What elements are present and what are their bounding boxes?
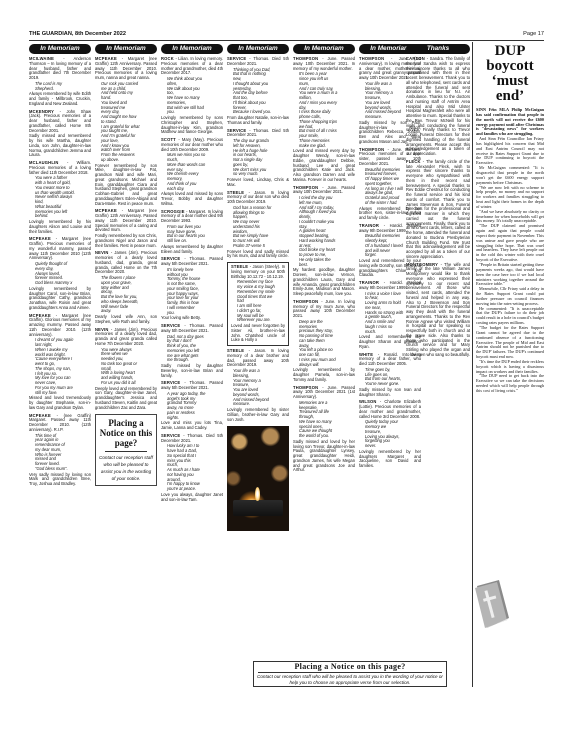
placing-notice-title: Placing a Notice on this page? <box>99 418 153 448</box>
notice-signoff: Deeply loved and remembered by son Gary,… <box>95 387 157 411</box>
notice-surname: SERVICE <box>161 380 184 385</box>
notice-signoff: From daughter Natalie, son-in-law Thomas… <box>227 116 289 126</box>
notices-list: ROCK - Lilian. In loving memory. Preciou… <box>161 57 223 502</box>
notice-text: STEELE - Jason (Steely). In loving memor… <box>231 265 285 279</box>
notice-verse: Memories are a keepsake, Treasured all l… <box>293 401 355 439</box>
notice-signoff: Your loving wife Betty. <box>161 316 223 321</box>
notice-signoff: Forever remembered by son Mike, daughter… <box>95 164 157 207</box>
notice-signoff: Fondly remembered by son Chris, grandson… <box>95 234 157 248</box>
notice-surname: MCPEAKE <box>29 313 56 318</box>
notice-surname: MCPEAKE <box>29 236 56 241</box>
notice-text: SERVICE - Thomas. Died 5th December 2021… <box>227 129 289 139</box>
notice-surname: THOMPSON <box>293 385 322 390</box>
page-header: THE GUARDIAN, 8th December 2022 Page 17 <box>29 30 544 40</box>
column-7-thanks: Thanks CARSON - Sandra. The family of th… <box>406 44 470 574</box>
section-heading-in-memoriam: In Memoriam <box>95 44 157 54</box>
notice-text: SERVICE - Thomas. Passed away 5th Decemb… <box>161 381 223 391</box>
section-heading-thanks: Thanks <box>406 44 470 54</box>
notice-verse: This time of year again in remembrance o… <box>29 434 91 472</box>
notice-entry: MONTGOMERY - The wife and family of the … <box>406 263 470 358</box>
notice-verse: Thinking of you Dad, But that is nothing… <box>227 68 289 116</box>
column-3: In Memoriam ROCK - Lilian. In loving mem… <box>161 44 223 505</box>
notices-list: MCILWAINE - Anderson Thomson – In loving… <box>29 57 91 487</box>
notice-text: THOMPSON - June. Passed away 10th Decemb… <box>293 386 355 400</box>
notice-signoff: Love you always, daughter Janet and son-… <box>161 493 223 503</box>
article-headline: DUP boycott ‘must end’ <box>476 44 544 104</box>
notice-verse: A year ago today, the angel's took my gr… <box>161 392 223 421</box>
notice-entry: SERVICE - Thomas. Died 5th December 2021… <box>161 434 223 503</box>
notice-verse: The flowers I place upon your grave, May… <box>95 276 157 314</box>
notice-text: STEELE - Jason. In loving memory of a de… <box>227 349 289 368</box>
notice-entry: NEVIN - James (Jim). Precious memories o… <box>95 328 157 411</box>
notice-entry: THOMPSON - June. Passed away 10th Decemb… <box>293 386 355 474</box>
notice-text: MCPEAKE - Margaret (nee Graffin). Glorio… <box>29 314 91 338</box>
notice-text: SERVICE - Thomas. Passed away 5th Decemb… <box>161 324 223 334</box>
notice-entry: THOMPSON - June. Passed away 10th Decemb… <box>293 186 355 297</box>
bible-cross-icon <box>473 578 511 630</box>
notices-list: THOMPSON - June. Passed away 10th Decemb… <box>293 57 355 473</box>
placing-notice-banner-title: Placing a Notice on this page? <box>254 662 446 672</box>
notice-entry: THOMPSON - June. In loving memory of my … <box>293 300 355 383</box>
notice-entry: MCILWAINE - Anderson Thomson – In loving… <box>29 57 91 107</box>
notice-surname: STEELE <box>227 348 249 353</box>
notice-signoff: Lovingly remembered by daughter Carol, s… <box>29 287 91 311</box>
notice-entry: MCLAUGHLIN - William. Precious memories … <box>29 161 91 234</box>
placing-notice-banner-body: Contact our reception staff who will be … <box>254 674 446 685</box>
notice-signoff: Lovingly remembered by daughter Pamela, … <box>293 368 355 382</box>
notice-surname: SERVICE <box>161 256 184 261</box>
column-divider <box>472 42 473 687</box>
article-paragraph: "And we have absolutely no clarity or ti… <box>476 210 544 225</box>
notice-surname: WILSON <box>359 399 380 404</box>
notice-text: MCPEAKE - Margaret (nee Graffin) 12th An… <box>95 209 157 233</box>
notice-surname: MCPEAKE <box>95 56 122 61</box>
notice-verse: Dad, not a day goes by that I don't thin… <box>161 335 223 364</box>
notice-surname: MCLAUGHLIN <box>29 160 67 165</box>
notice-text: MCPEAKE - (nee Graffin) Margaret. Passed… <box>29 414 91 433</box>
column-5: In Memoriam THOMPSON - June. Passed away… <box>293 44 355 656</box>
notice-surname: SERVICE <box>227 56 249 61</box>
notice-text: NEVIN - James (Jim). Precious memories o… <box>95 328 157 347</box>
notice-entry: SERVICE - Thomas. Passed away 5th Decemb… <box>161 257 223 321</box>
notice-entry: FLECK - The family circle of the late Al… <box>406 160 470 260</box>
notice-entry: SERVICE - Thomas. Passed away 5th Decemb… <box>161 381 223 431</box>
notice-text: SCROGGIE - Margaret. In loving memory of… <box>161 210 223 224</box>
section-heading-in-memoriam: In Memoriam <box>293 44 355 54</box>
notice-text: SCOTT - Mary (May). Precious memories of… <box>161 138 223 152</box>
notice-surname: MONTGOMERY <box>406 262 441 267</box>
article-paragraph: "The DUP need to get back into the Execu… <box>476 374 544 393</box>
notice-surname: THOMPSON <box>293 56 322 61</box>
article-body: SINN Féin MLA Philip McGuigan has said c… <box>476 108 544 394</box>
notice-verse: How lucky am I to have had a Dad, So spe… <box>161 444 223 492</box>
notice-entry: THOMPSON - June. Passed away 10th Decemb… <box>293 57 355 183</box>
notice-entry: STEELE - Jason (Steely). In loving memor… <box>227 262 289 346</box>
notice-signoff: Loved and missed every day by daughter W… <box>293 149 355 182</box>
notice-text: SERVICE - Thomas. Died 5th December 2021… <box>227 57 289 67</box>
notice-entry: MCPEAKE - Margaret (nee Graffin) 12th An… <box>95 57 157 206</box>
article-lead: SINN Féin MLA Philip McGuigan has said c… <box>476 108 544 137</box>
notice-surname: MCILWAINE <box>29 56 63 61</box>
notice-verse: From our lives you may have gone, But in… <box>161 225 223 244</box>
notice-surname: STEELE <box>231 264 250 269</box>
notice-signoff: Forever loved, Lindsay, Chris & Max. <box>227 178 289 188</box>
notice-signoff: Always remembered by wife Edith and fami… <box>29 92 91 106</box>
notice-signoff: Love and miss you lots Tina, Jamie, Lann… <box>161 421 223 431</box>
notice-entry: SERVICE - Thomas. Passed away 5th Decemb… <box>161 324 223 378</box>
section-heading-in-memoriam: In Memoriam <box>227 44 289 54</box>
notice-verse: I cried the day you left me mum, And sti… <box>293 196 355 267</box>
notice-signoff: Sadly missed and loved by her loving son… <box>293 440 355 473</box>
notice-surname: SERVICE <box>227 128 249 133</box>
notice-surname: THOMPSON <box>359 147 388 152</box>
notice-surname: SERVICE <box>161 323 184 328</box>
notice-surname: MCPEAKE <box>29 413 57 418</box>
notice-text: THOMPSON - June. In loving memory of my … <box>293 300 355 319</box>
notice-verse: Deep are the memories precious they stay… <box>293 320 355 368</box>
notice-text: THOMPSON - June. Passed away 10th Decemb… <box>293 57 355 71</box>
notice-entry: CARSON - Sandra. The family of the late … <box>406 57 470 157</box>
notice-text: FLECK - The family circle of the late Al… <box>406 160 470 260</box>
notice-surname: MCKENDRY <box>29 109 60 114</box>
publication-title: THE GUARDIAN, 8th December 2022 <box>29 31 126 37</box>
notice-text: MONTGOMERY - The wife and family of the … <box>406 263 470 358</box>
news-article: DUP boycott ‘must end’ SINN Féin MLA Phi… <box>476 44 544 394</box>
notice-text: CARSON - Sandra. The family of the late … <box>406 57 470 157</box>
notice-verse: The day our granda left for Heaven, He l… <box>227 139 289 177</box>
notice-entry: SCOTT - Mary (May). Precious memories of… <box>161 138 223 207</box>
notice-surname: THOMPSON <box>359 56 391 61</box>
notice-text: SERVICE - Thomas. Passed away 5th Decemb… <box>161 257 223 267</box>
notices-list: SERVICE - Thomas. Died 5th December 2021… <box>227 57 289 422</box>
article-paragraph: "The budget for the Rates Support Grant … <box>476 326 544 360</box>
notice-surname: TRAINOR <box>359 280 384 285</box>
notice-verse: It's lonely here without you Tommy, the … <box>161 268 223 316</box>
candle-photo <box>227 426 289 531</box>
notice-surname: THOMPSON <box>293 185 322 190</box>
header-rule <box>29 40 544 41</box>
notice-verse: We think about you often, We talk about … <box>161 77 223 115</box>
notice-surname: THOMPSON <box>293 299 321 304</box>
notice-signoff: Dearly loved wife Ann, son Stephen, wife… <box>95 315 157 325</box>
article-paragraph: Meanwhile, Cllr Friary said a delay in t… <box>476 287 544 306</box>
notice-surname: CARSON <box>406 56 427 61</box>
notice-entry: SCROGGIE - Margaret. In loving memory of… <box>161 210 223 255</box>
notice-text: MCILWAINE - Anderson Thomson – In loving… <box>29 57 91 81</box>
article-paragraphs: And Sinn Féin Councillor Ian Friary has … <box>476 137 544 394</box>
notice-text: NEVIN - James (Jim). Precious memories o… <box>95 251 157 275</box>
notice-text: STEELE - Jason. In loving memory of our … <box>227 191 289 205</box>
notice-signoff: Forever loved and sadly missed by his mu… <box>227 250 289 260</box>
notice-surname: SERVICE <box>161 433 183 438</box>
notice-signoff: Lovingly remembered by sister Gillian, b… <box>227 408 289 422</box>
notice-text: ROCK - Lilian. In loving memory. Preciou… <box>161 57 223 76</box>
notice-signoff: Always remembered by daughter Eileen and… <box>161 245 223 255</box>
divider <box>105 451 147 452</box>
notice-entry: MCPEAKE - (nee Graffin) Margaret. Passed… <box>29 414 91 487</box>
notice-surname: SCOTT <box>161 137 178 142</box>
notice-signoff: Missed and loved tremendously by daughte… <box>29 396 91 410</box>
column-2: In Memoriam MCPEAKE - Margaret (nee Graf… <box>95 44 157 486</box>
notice-surname: NEVIN <box>95 327 111 332</box>
article-paragraph: "The DUP claimed and promised again and … <box>476 224 544 263</box>
section-heading-in-memoriam: In Memoriam <box>29 44 91 54</box>
notice-surname: SCROGGIE <box>161 209 186 214</box>
placing-notice-body: Contact our reception staff who will be … <box>99 455 153 482</box>
notice-verse: Our rock you carried me as a child, And … <box>95 82 157 163</box>
notice-entry: MCKENDRY - John Shaw (Jack). Precious me… <box>29 110 91 159</box>
article-paragraph: He commented: "It is unacceptable that t… <box>476 307 544 326</box>
article-paragraph: "People in Britain started getting these… <box>476 263 544 287</box>
divider <box>258 672 442 673</box>
notice-signoff: Sadly missed and remembered by his wife … <box>29 134 91 158</box>
notice-verse: It's been a year since you left us mum, … <box>293 72 355 148</box>
notice-entry: NEVIN - James (Jim). Precious memories o… <box>95 251 157 324</box>
notice-verse: Your life was a blessing, Your memory a … <box>227 369 289 407</box>
notice-verse: Remember my face my voice & my laugh Rem… <box>231 280 285 323</box>
notice-text: MCPEAKE - Margaret (nee Graffin) 12th An… <box>95 57 157 81</box>
notice-entry: MCPEAKE - Margaret (nee Graffin). Precio… <box>29 237 91 310</box>
notice-entry: MCPEAKE - Margaret (nee Graffin) 12th An… <box>95 209 157 248</box>
notice-text: MCLAUGHLIN - William. Precious memories … <box>29 161 91 175</box>
notice-signoff: Very sadly missed by loving son Mark and… <box>29 473 91 487</box>
notice-surname: ROCK <box>161 56 175 61</box>
notice-text: SERVICE - Thomas. Died 5th December 2021… <box>161 434 223 444</box>
notice-surname: MCPEAKE <box>95 208 122 213</box>
article-paragraph: "We are now left with no scheme to help … <box>476 186 544 210</box>
notice-verse: God has a reason for allowing things to … <box>227 206 289 249</box>
notice-entry: ROCK - Lilian. In loving memory. Preciou… <box>161 57 223 135</box>
page-number: Page 17 <box>523 31 544 37</box>
notice-verse: Mum we miss you so much, More than words… <box>161 153 223 191</box>
article-paragraph: Mr McGuigan commented: "It is disgracefu… <box>476 166 544 185</box>
column-1: In Memoriam MCILWAINE - Anderson Thomson… <box>29 44 91 490</box>
article-paragraph: And Sinn Féin Councillor Ian Friary has … <box>476 137 544 166</box>
notice-signoff: Lovingly remembered by sons Christopher … <box>161 116 223 135</box>
notice-surname: FLECK <box>406 159 423 164</box>
notice-entry: MCPEAKE - Margaret (nee Graffin). Glorio… <box>29 314 91 411</box>
notice-signoff: My hardest goodbye, daughter Doreen, son… <box>293 268 355 297</box>
notices-list: MCPEAKE - Margaret (nee Graffin) 12th An… <box>95 57 157 410</box>
notice-verse: Quietly thought of every day, Always lov… <box>29 262 91 286</box>
flame-icon <box>255 487 260 501</box>
notice-entry: STEELE - Jason. In loving memory of our … <box>227 191 289 260</box>
placing-notice-banner: Placing a Notice on this page? Contact o… <box>253 661 447 687</box>
notice-surname: STEELE <box>227 190 249 195</box>
notice-signoff: Sadly missed by daughter Beverley, son-i… <box>161 364 223 378</box>
candle-icon <box>233 500 283 516</box>
notice-verse: The Lord is my Shepherd. <box>29 82 91 92</box>
column-4: In Memoriam SERVICE - Thomas. Died 5th D… <box>227 44 289 531</box>
notice-surname: TRAINOR <box>359 223 384 228</box>
notice-surname: NEVIN <box>95 250 111 255</box>
section-heading-in-memoriam: In Memoriam <box>161 44 223 54</box>
notice-text: MCKENDRY - John Shaw (Jack). Precious me… <box>29 110 91 134</box>
notice-surname: WHITE <box>359 352 378 357</box>
placing-notice-box: Placing a Notice on this page? Contact o… <box>95 414 157 486</box>
notice-verse: You were always there when we needed you… <box>95 348 157 386</box>
notices-list: CARSON - Sandra. The family of the late … <box>406 57 470 358</box>
notice-text: MCPEAKE - Margaret (nee Graffin). Precio… <box>29 237 91 261</box>
notice-entry: SERVICE - Thomas. Died 5th December 2021… <box>227 57 289 126</box>
notice-entry: SERVICE - Thomas. Died 5th December 2021… <box>227 129 289 188</box>
newspaper-page: THE GUARDIAN, 8th December 2022 Page 17 … <box>29 30 544 690</box>
notice-signoff: Always loved and missed by sons Trevor, … <box>161 192 223 206</box>
notice-signoff: Loved and never forgotten by Sister Ali,… <box>231 324 285 343</box>
notice-signoff: Lovingly remembered by his daughters Ali… <box>29 220 91 234</box>
article-paragraph: "It's time the DUP ended their reckless … <box>476 360 544 375</box>
notice-verse: You were a father with a heart of gold, … <box>29 176 91 219</box>
notice-verse: I dreamt of you again last night, When I… <box>29 338 91 395</box>
notice-text: THOMPSON - June. Passed away 10th Decemb… <box>293 186 355 196</box>
notice-entry: STEELE - Jason. In loving memory of a de… <box>227 349 289 422</box>
